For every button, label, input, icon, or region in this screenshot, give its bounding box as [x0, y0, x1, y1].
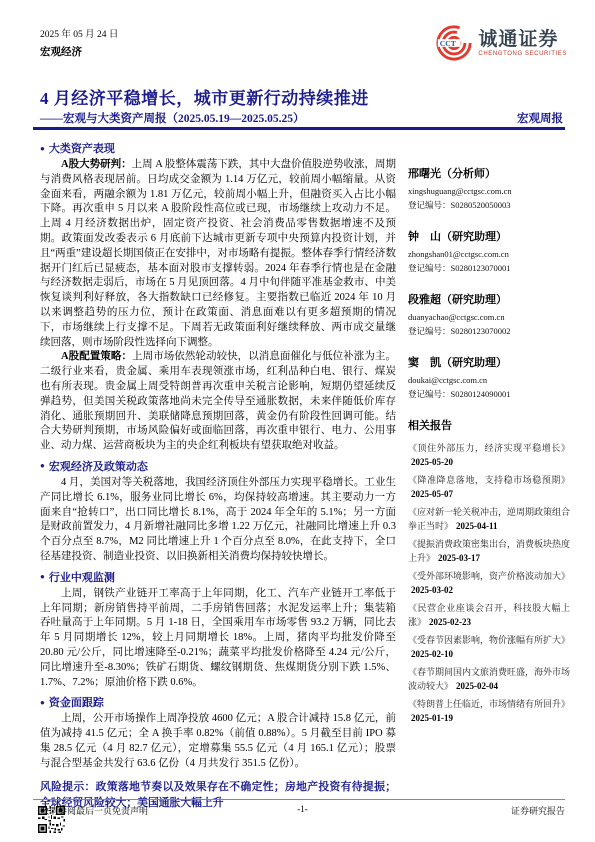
related-report-item: 《降准降息落地，支持稳市场稳预期》2025-05-07 [408, 474, 570, 501]
related-report-item: 《提振消费政策密集出台，消费板块热度上升》2025-03-17 [408, 538, 570, 565]
related-report-item: 《民营企业座谈会召开，科技股大幅上涨》2025-02-23 [408, 602, 570, 629]
report-date: 2025-02-10 [411, 649, 453, 659]
paragraph-text: 上周 A 股整体震荡下跌，其中大盘价值股逆势收涨，周期与消费风格表现居前。日均成… [40, 159, 396, 348]
section-heading-industry-monitor: ●行业中观监测 [40, 569, 396, 585]
related-report-item: 《春节期间国内文旅消费旺盛，海外市场波动较大》2025-02-04 [408, 666, 570, 693]
report-date: 2025-02-04 [456, 681, 498, 691]
analyst-name: 窦 凯（研究助理） [408, 354, 570, 370]
analyst-email: xingshuguang@cctgsc.com.cn [408, 186, 570, 196]
paragraph-liquidity-tracking: 上周，公开市场操作上周净投放 4600 亿元；A 股合计减持 15.8 亿元，前… [40, 712, 396, 771]
analyst-name: 钟 山（研究助理） [408, 228, 570, 244]
paragraph-a-share-strategy: A股配置策略：上周市场依然轮动较快，以消息面催化与低位补涨为主。二级行业来看，贵… [40, 350, 396, 454]
report-type-label: 宏观周报 [517, 110, 563, 126]
report-date: 2025-04-11 [456, 521, 498, 531]
paragraph-industry-monitor: 上周，钢铁产业链开工率高于上年同期，化工、汽车产业链开工率低于上年同期；新房销售… [40, 587, 396, 691]
paragraph-text: 上周市场依然轮动较快，以消息面催化与低位补涨为主。二级行业来看，贵金属、乘用车表… [40, 351, 396, 451]
bullet-icon: ● [40, 698, 45, 707]
section-heading-label: 行业中观监测 [49, 572, 115, 584]
paragraph-lead: A股大势研判： [61, 159, 132, 170]
related-report-item: 《应对新一轮关税冲击，逆周期政策组合拳正当时》2025-04-11 [408, 506, 570, 533]
paragraph-macro-policy: 4 月，美国对等关税落地，我国经济顶住外部压力实现平稳增长。工业生产同比增长 6… [40, 476, 396, 565]
main-content: ●大类资产表现 A股大势研判：上周 A 股整体震荡下跌，其中大盘价值股逆势收涨，… [40, 136, 396, 811]
analyst-card: 邢曙光（分析师） xingshuguang@cctgsc.com.cn 登记编号… [408, 165, 570, 211]
paragraph-text: 上周，钢铁产业链开工率高于上年同期，化工、汽车产业链开工率低于上年同期；新房销售… [40, 588, 396, 688]
report-title: 《受春节因素影响，物价涨幅有所扩大》 [408, 635, 570, 645]
paragraph-text: 上周，公开市场操作上周净投放 4600 亿元；A 股合计减持 15.8 亿元，前… [40, 713, 396, 768]
report-date: 2025-03-17 [438, 553, 480, 563]
paragraph-lead: A股配置策略： [61, 351, 132, 362]
brand-logo: CCT 诚通证券 CHENGTONG SECURITIES [435, 24, 567, 62]
report-date: 2025-03-02 [411, 585, 453, 595]
report-title: 《降准降息落地，支持稳市场稳预期》 [408, 475, 570, 485]
page-title: 4 月经济平稳增长，城市更新行动持续推进 [40, 84, 563, 109]
analyst-card: 窦 凯（研究助理） doukai@cctgsc.com.cn 登记编号：S028… [408, 354, 570, 400]
analyst-registration: 登记编号：S0280124090001 [408, 388, 570, 400]
sidebar: 邢曙光（分析师） xingshuguang@cctgsc.com.cn 登记编号… [408, 165, 570, 730]
paragraph-text: 4 月，美国对等关税落地，我国经济顶住外部压力实现平稳增长。工业生产同比增长 6… [40, 477, 396, 562]
report-date: 2025-05-07 [411, 489, 453, 499]
report-date: 2025-02-23 [429, 617, 471, 627]
footer-divider [33, 799, 565, 800]
analyst-name: 段雅超（研究助理） [408, 291, 570, 307]
report-date: 2025 年 05 月 24 日 [40, 26, 118, 40]
report-category: 宏观经济 [40, 44, 82, 59]
analyst-registration: 登记编号：S0280123070001 [408, 262, 570, 274]
analyst-name: 邢曙光（分析师） [408, 165, 570, 181]
analyst-email: doukai@cctgsc.com.cn [408, 375, 570, 385]
brand-icon-text: CCT [440, 39, 456, 48]
page-subtitle: ——宏观与大类资产周报（2025.05.19—2025.05.25） [40, 110, 305, 126]
related-report-item: 《受春节因素影响，物价涨幅有所扩大》2025-02-10 [408, 634, 570, 661]
title-divider [33, 127, 565, 130]
report-title: 《受外部环境影响，资产价格波动加大》 [408, 571, 570, 581]
analyst-registration: 登记编号：S0280520050003 [408, 199, 570, 211]
report-date: 2025-05-20 [411, 457, 453, 467]
related-report-item: 《受外部环境影响，资产价格波动加大》2025-03-02 [408, 570, 570, 597]
report-date: 2025-01-19 [411, 713, 453, 723]
report-kind-label: 证券研究报告 [511, 804, 565, 817]
analyst-email: zhongshan01@cctgsc.com.cn [408, 249, 570, 259]
analyst-card: 钟 山（研究助理） zhongshan01@cctgsc.com.cn 登记编号… [408, 228, 570, 274]
footer: -1- 敬请参阅最后一页免责声明 证券研究报告 [40, 804, 565, 817]
brand-name: 诚通证券 [478, 30, 567, 49]
bullet-icon: ● [40, 144, 45, 153]
analyst-email: duanyachao@cctgsc.com.cn [408, 312, 570, 322]
brand-globe-icon: CCT [435, 24, 473, 62]
bullet-icon: ● [40, 461, 45, 470]
analyst-registration: 登记编号：S0280123070002 [408, 325, 570, 337]
section-heading-label: 资金面跟踪 [49, 697, 104, 709]
related-report-item: 《顶住外部压力，经济实现平稳增长》2025-05-20 [408, 442, 570, 469]
related-report-item: 《特朗普上任临近，市场情绪有所回升》2025-01-19 [408, 698, 570, 725]
section-heading-label: 大类资产表现 [49, 143, 115, 155]
report-title: 《提振消费政策密集出台，消费板块热度上升》 [408, 539, 570, 563]
section-heading-macro-policy: ●宏观经济及政策动态 [40, 458, 396, 474]
disclaimer-note: 敬请参阅最后一页免责声明 [40, 804, 148, 817]
report-page: 2025 年 05 月 24 日 宏观经济 CCT 诚通证券 CHENGTONG… [0, 0, 595, 842]
section-heading-asset-performance: ●大类资产表现 [40, 140, 396, 156]
report-title: 《特朗普上任临近，市场情绪有所回升》 [408, 699, 570, 709]
analyst-card: 段雅超（研究助理） duanyachao@cctgsc.com.cn 登记编号：… [408, 291, 570, 337]
report-title: 《顶住外部压力，经济实现平稳增长》 [408, 443, 570, 453]
brand-subtitle: CHENGTONG SECURITIES [478, 51, 567, 57]
paragraph-a-share-outlook: A股大势研判：上周 A 股整体震荡下跌，其中大盘价值股逆势收涨，周期与消费风格表… [40, 158, 396, 350]
related-reports-heading: 相关报告 [408, 417, 570, 433]
bullet-icon: ● [40, 572, 45, 581]
section-heading-liquidity-tracking: ●资金面跟踪 [40, 694, 396, 710]
section-heading-label: 宏观经济及政策动态 [49, 461, 148, 473]
